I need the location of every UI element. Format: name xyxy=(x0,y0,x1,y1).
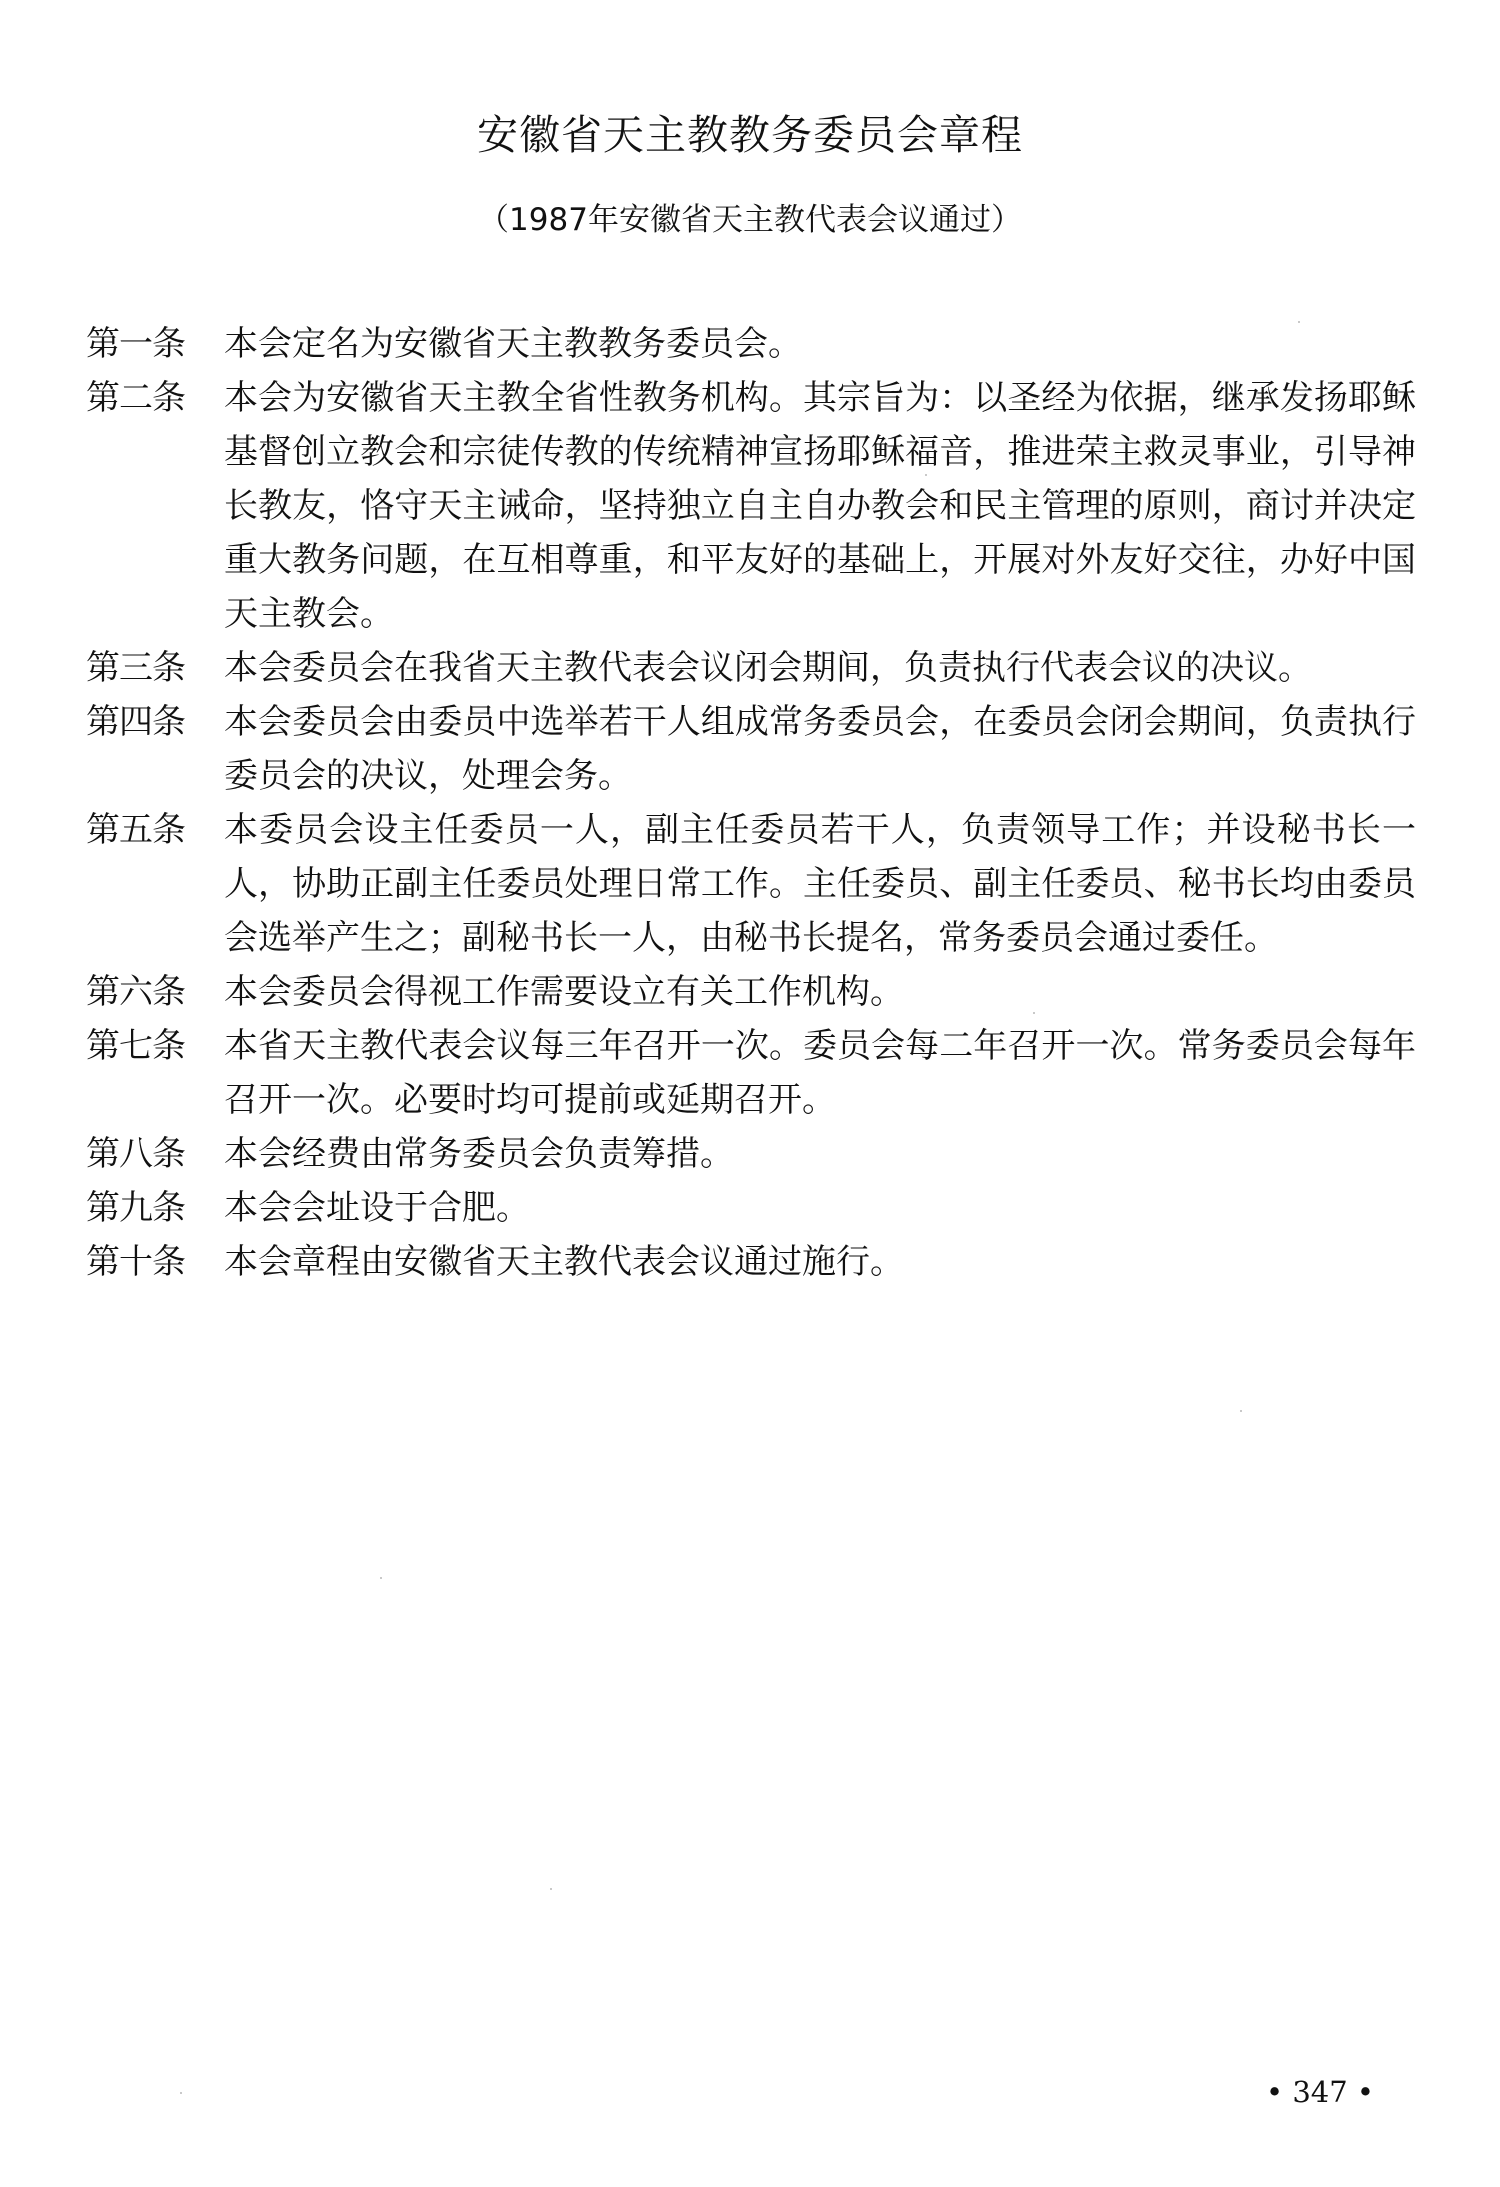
article-2: 第二条 本会为安徽省天主教全省性教务机构。其宗旨为：以圣经为依据，继承发扬耶稣基… xyxy=(86,371,1416,641)
article-label: 第九条 xyxy=(86,1181,224,1235)
article-5: 第五条 本委员会设主任委员一人，副主任委员若干人，负责领导工作；并设秘书长一人，… xyxy=(86,803,1416,965)
article-label: 第五条 xyxy=(86,803,224,857)
article-3: 第三条 本会委员会在我省天主教代表会议闭会期间，负责执行代表会议的决议。 xyxy=(86,641,1416,695)
scan-speck xyxy=(380,1577,382,1579)
article-text: 本委员会设主任委员一人，副主任委员若干人，负责领导工作；并设秘书长一人，协助正副… xyxy=(224,803,1416,965)
scan-speck xyxy=(180,2092,182,2094)
article-text: 本会经费由常务委员会负责筹措。 xyxy=(224,1127,1416,1181)
scan-speck xyxy=(1240,1410,1242,1412)
scan-speck xyxy=(925,474,927,476)
article-label: 第一条 xyxy=(86,317,224,371)
article-text: 本省天主教代表会议每三年召开一次。委员会每二年召开一次。常务委员会每年召开一次。… xyxy=(224,1019,1416,1127)
page-number: • 347 • xyxy=(1250,2072,1390,2112)
article-label: 第六条 xyxy=(86,965,224,1019)
article-10: 第十条 本会章程由安徽省天主教代表会议通过施行。 xyxy=(86,1235,1416,1289)
article-text: 本会委员会由委员中选举若干人组成常务委员会，在委员会闭会期间，负责执行委员会的决… xyxy=(224,695,1416,803)
article-8: 第八条 本会经费由常务委员会负责筹措。 xyxy=(86,1127,1416,1181)
article-4: 第四条 本会委员会由委员中选举若干人组成常务委员会，在委员会闭会期间，负责执行委… xyxy=(86,695,1416,803)
scan-speck xyxy=(1033,1012,1035,1014)
article-7: 第七条 本省天主教代表会议每三年召开一次。委员会每二年召开一次。常务委员会每年召… xyxy=(86,1019,1416,1127)
article-label: 第三条 xyxy=(86,641,224,695)
scan-speck xyxy=(550,1888,552,1890)
article-label: 第四条 xyxy=(86,695,224,749)
article-text: 本会委员会得视工作需要设立有关工作机构。 xyxy=(224,965,1416,1019)
article-text: 本会委员会在我省天主教代表会议闭会期间，负责执行代表会议的决议。 xyxy=(224,641,1416,695)
document-subtitle: （1987年安徽省天主教代表会议通过） xyxy=(0,200,1500,240)
article-6: 第六条 本会委员会得视工作需要设立有关工作机构。 xyxy=(86,965,1416,1019)
document-title: 安徽省天主教教务委员会章程 xyxy=(0,109,1500,161)
article-1: 第一条 本会定名为安徽省天主教教务委员会。 xyxy=(86,317,1416,371)
article-text: 本会章程由安徽省天主教代表会议通过施行。 xyxy=(224,1235,1416,1289)
scan-speck xyxy=(1298,321,1300,323)
article-text: 本会为安徽省天主教全省性教务机构。其宗旨为：以圣经为依据，继承发扬耶稣基督创立教… xyxy=(224,371,1416,641)
article-label: 第七条 xyxy=(86,1019,224,1073)
article-label: 第二条 xyxy=(86,371,224,425)
article-label: 第十条 xyxy=(86,1235,224,1289)
article-9: 第九条 本会会址设于合肥。 xyxy=(86,1181,1416,1235)
articles-list: 第一条 本会定名为安徽省天主教教务委员会。 第二条 本会为安徽省天主教全省性教务… xyxy=(86,317,1416,1289)
article-text: 本会定名为安徽省天主教教务委员会。 xyxy=(224,317,1416,371)
article-text: 本会会址设于合肥。 xyxy=(224,1181,1416,1235)
article-label: 第八条 xyxy=(86,1127,224,1181)
